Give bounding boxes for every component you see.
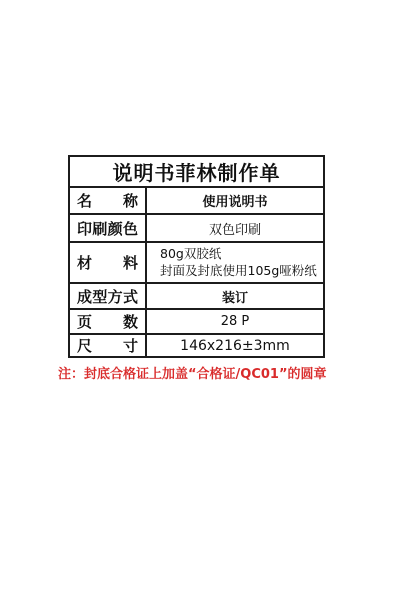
row-label-name-text: 名 称	[77, 190, 138, 211]
row-label-material-text: 材 料	[77, 252, 138, 273]
table-row-size: 尺 寸 146x216±3mm	[70, 335, 323, 356]
row-value-pages: 28 P	[147, 310, 323, 333]
row-value-print-color: 双色印刷	[147, 215, 323, 241]
row-value-forming: 装订	[147, 284, 323, 308]
page: 说明书菲林制作单 名 称 使用说明书 印刷颜色 双色印刷 材 料 80g双胶纸 …	[0, 0, 414, 612]
table-title: 说明书菲林制作单	[113, 157, 281, 186]
table-row-forming: 成型方式 装订	[70, 284, 323, 310]
row-value-size: 146x216±3mm	[147, 335, 323, 356]
material-line-2: 封面及封底使用105g哑粉纸	[160, 263, 317, 279]
table-row-material: 材 料 80g双胶纸 封面及封底使用105g哑粉纸	[70, 243, 323, 284]
row-label-material: 材 料	[70, 243, 147, 282]
material-lines: 80g双胶纸 封面及封底使用105g哑粉纸	[160, 246, 317, 279]
table-row-name: 名 称 使用说明书	[70, 188, 323, 215]
row-label-forming: 成型方式	[70, 284, 147, 308]
row-label-print-color-text: 印刷颜色	[77, 218, 138, 239]
row-value-material: 80g双胶纸 封面及封底使用105g哑粉纸	[147, 243, 323, 282]
row-value-name: 使用说明书	[147, 188, 323, 213]
row-label-print-color: 印刷颜色	[70, 215, 147, 241]
row-label-forming-text: 成型方式	[77, 286, 138, 307]
footnote: 注：封底合格证上加盖“合格证/QC01”的圆章	[58, 363, 327, 382]
row-label-size: 尺 寸	[70, 335, 147, 356]
row-label-pages-text: 页 数	[77, 311, 138, 332]
table-row-pages: 页 数 28 P	[70, 310, 323, 335]
row-label-size-text: 尺 寸	[77, 335, 138, 356]
table-row-print-color: 印刷颜色 双色印刷	[70, 215, 323, 243]
row-label-pages: 页 数	[70, 310, 147, 333]
row-label-name: 名 称	[70, 188, 147, 213]
table-title-row: 说明书菲林制作单	[70, 157, 323, 188]
material-line-1: 80g双胶纸	[160, 246, 317, 262]
production-sheet-table: 说明书菲林制作单 名 称 使用说明书 印刷颜色 双色印刷 材 料 80g双胶纸 …	[68, 155, 325, 358]
